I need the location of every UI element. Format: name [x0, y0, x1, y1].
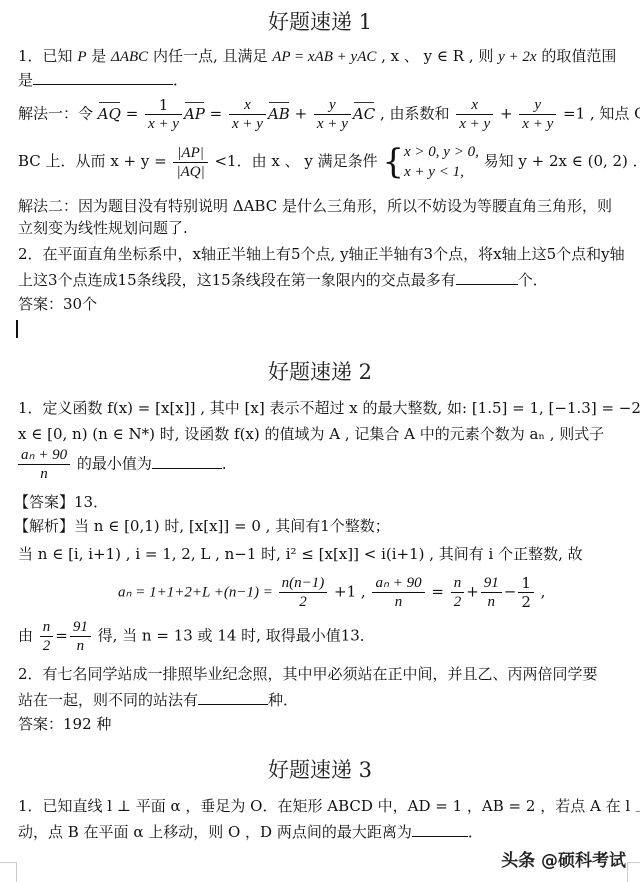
question-3-1-line2: 动，点 B 在平面 α 上移动，则 O ，D 两点间的最大距离为．: [18, 822, 483, 842]
vector-equation: AP = xAB + yAC: [272, 49, 376, 65]
denominator: n: [372, 593, 424, 611]
analysis-line2: 当 n ∈ [i, i+1) , i = 1, 2, L , n−1 时, i²…: [18, 544, 583, 564]
condition: x > 0, y > 0,: [404, 142, 479, 162]
question-1-2-line1: 2．在平面直角坐标系中，x轴正半轴上有5个点, y轴正半轴有3个点，将x轴上这5…: [18, 244, 625, 264]
answer-blank: [412, 822, 468, 837]
text: 内任一点, 且满足: [148, 47, 272, 65]
fraction: aₙ + 90n: [18, 446, 70, 483]
text: 上这3个点连成15条线段，这15条线段在第一象限内的交点最多有: [18, 271, 456, 289]
text: ,: [536, 583, 546, 601]
fraction: |AP||AQ|: [173, 144, 207, 181]
text: +: [495, 105, 517, 123]
text: 种．: [268, 691, 298, 709]
numerator: y: [314, 96, 351, 115]
analysis-line3: aₙ = 1+1+2+L +(n−1) = n(n−1)2 +1 , aₙ + …: [118, 574, 545, 614]
answer-blank: [33, 70, 173, 85]
denominator: |AQ|: [173, 163, 207, 181]
answer-2-1: 【答案】13．: [14, 492, 108, 512]
text: <1．由 x 、 y 满足条件: [210, 152, 383, 170]
numerator: x: [456, 96, 493, 115]
condition: x + y < 1,: [404, 162, 479, 182]
text: =: [427, 583, 449, 601]
text-cursor: [16, 320, 18, 338]
answer-blank: [456, 270, 518, 285]
section-title-1: 好题速递 1: [0, 6, 640, 36]
answer-blank: [198, 690, 268, 705]
denominator: 2: [40, 637, 54, 655]
question-2-1-line2: x ∈ [0, n) (n ∈ N*) 时, 设函数 f(x) 的值域为 A ,…: [18, 424, 604, 444]
denominator: n: [70, 637, 91, 655]
vector: AB: [268, 104, 290, 124]
fraction: 91n: [70, 618, 91, 655]
text: ．: [173, 71, 188, 89]
fraction: n2: [40, 618, 54, 655]
math: y + 2x: [498, 49, 536, 65]
analysis-line1: 【解析】当 n ∈ [0,1) 时, [x[x]] = 0 , 其间有1个整数；: [14, 516, 390, 536]
fraction: xx + y: [456, 96, 493, 133]
text: 得, 当 n = 13 或 14 时, 取得最小值13．: [93, 627, 375, 645]
text: 个．: [518, 271, 548, 289]
text: ．: [222, 455, 237, 473]
math: ΔABC: [111, 49, 148, 65]
fraction: n2: [451, 574, 465, 611]
text: 站在一起，则不同的站法有: [18, 691, 198, 709]
question-2-2-line2: 站在一起，则不同的站法有种．: [18, 690, 298, 710]
numerator: aₙ + 90: [372, 574, 424, 593]
question-1-1-line1: 1．已知 P 是 ΔABC 内任一点, 且满足 AP = xAB + yAC ,…: [18, 46, 616, 67]
fraction: 91n: [481, 574, 502, 611]
numerator: aₙ + 90: [18, 446, 70, 465]
answer-blank: [152, 454, 222, 469]
denominator: x + y: [519, 115, 556, 133]
text: +: [290, 105, 312, 123]
question-3-1-line1: 1．已知直线 l ⊥ 平面 α ，垂足为 O．在矩形 ABCD 中，AD = 1…: [18, 796, 640, 816]
denominator: 2: [518, 593, 534, 611]
answer-2-2: 答案：192 种: [18, 714, 111, 734]
question-1-1-line2: 是．: [18, 70, 188, 90]
fraction: yx + y: [314, 96, 351, 133]
question-1-2-line2: 上这3个点连成15条线段，这15条线段在第一象限内的交点最多有个．: [18, 270, 548, 290]
denominator: n: [18, 465, 70, 483]
text: BC 上．从而 x + y =: [18, 152, 171, 170]
fraction: 12: [518, 574, 534, 611]
text: , x 、 y ∈ R , 则: [376, 47, 498, 65]
text: =: [121, 105, 143, 123]
numerator: 1: [145, 96, 182, 115]
numerator: x: [229, 96, 266, 115]
denominator: x + y: [314, 115, 351, 133]
text: 的取值范围: [537, 47, 617, 65]
page-corner-mark-right: [627, 862, 640, 882]
numerator: n(n−1): [279, 574, 328, 593]
denominator: x + y: [145, 115, 182, 133]
numerator: 91: [481, 574, 502, 593]
denominator: 2: [279, 593, 328, 611]
question-2-1-line3: aₙ + 90n 的最小值为．: [18, 446, 237, 486]
vector: AQ: [98, 104, 121, 124]
numerator: 1: [518, 574, 534, 593]
numerator: n: [451, 574, 465, 593]
solution-1-line1: 解法一：令 AQ = 1x + yAP = xx + yAB + yx + yA…: [18, 96, 640, 136]
denominator: x + y: [456, 115, 493, 133]
vector: AP: [184, 104, 205, 124]
fraction: yx + y: [519, 96, 556, 133]
denominator: 2: [451, 593, 465, 611]
text: 解法一：令: [18, 105, 98, 123]
question-2-1-line1: 1．定义函数 f(x) = [x[x]] , 其中 [x] 表示不超过 x 的最…: [18, 398, 640, 418]
text: 的最小值为: [72, 455, 152, 473]
text: , 由系数和: [375, 105, 454, 123]
text: ．: [468, 823, 483, 841]
condition-system: x > 0, y > 0,x + y < 1,: [404, 142, 479, 182]
fraction: n(n−1)2: [279, 574, 328, 611]
solution-2-line2: 立刻变为线性规划问题了.: [18, 218, 188, 238]
math: aₙ = 1+1+2+L +(n−1) =: [118, 585, 277, 601]
numerator: n: [40, 618, 54, 637]
text: 是: [18, 71, 33, 89]
section-title-2: 好题速递 2: [0, 356, 640, 386]
denominator: x + y: [229, 115, 266, 133]
answer-1-2: 答案：30个: [18, 294, 97, 314]
text: +1 ,: [329, 583, 370, 601]
section-title-3: 好题速递 3: [0, 754, 640, 784]
fraction: 1x + y: [145, 96, 182, 133]
text: =1 , 知点 Q 在线段: [558, 105, 640, 123]
text: 是: [86, 47, 111, 65]
fraction: aₙ + 90n: [372, 574, 424, 611]
analysis-line4: 由 n2=91n 得, 当 n = 13 或 14 时, 取得最小值13．: [18, 618, 375, 658]
text: =: [205, 105, 227, 123]
vector: AC: [353, 104, 375, 124]
left-brace: {: [382, 145, 404, 179]
text: 易知 y + 2x ∈ (0, 2) ．: [479, 152, 640, 170]
solution-1-line2: BC 上．从而 x + y = |AP||AQ| <1．由 x 、 y 满足条件…: [18, 142, 640, 190]
text: 1．已知: [18, 47, 77, 65]
numerator: |AP|: [173, 144, 207, 163]
denominator: n: [481, 593, 502, 611]
numerator: 91: [70, 618, 91, 637]
solution-2-line1: 解法二：因为题目没有特别说明 ΔABC 是什么三角形，所以不妨设为等腰直角三角形…: [18, 196, 612, 216]
numerator: y: [519, 96, 556, 115]
text: 由: [18, 627, 38, 645]
document-page: 好题速递 1 1．已知 P 是 ΔABC 内任一点, 且满足 AP = xAB …: [0, 0, 640, 882]
page-corner-mark-left: [0, 862, 17, 882]
question-2-2-line1: 2．有七名同学站成一排照毕业纪念照，其中甲必须站在正中间，并且乙、丙两倍同学要: [18, 664, 598, 684]
fraction: xx + y: [229, 96, 266, 133]
text: 动，点 B 在平面 α 上移动，则 O ，D 两点间的最大距离为: [18, 823, 412, 841]
watermark: 头条 @硕科考试: [501, 846, 626, 871]
